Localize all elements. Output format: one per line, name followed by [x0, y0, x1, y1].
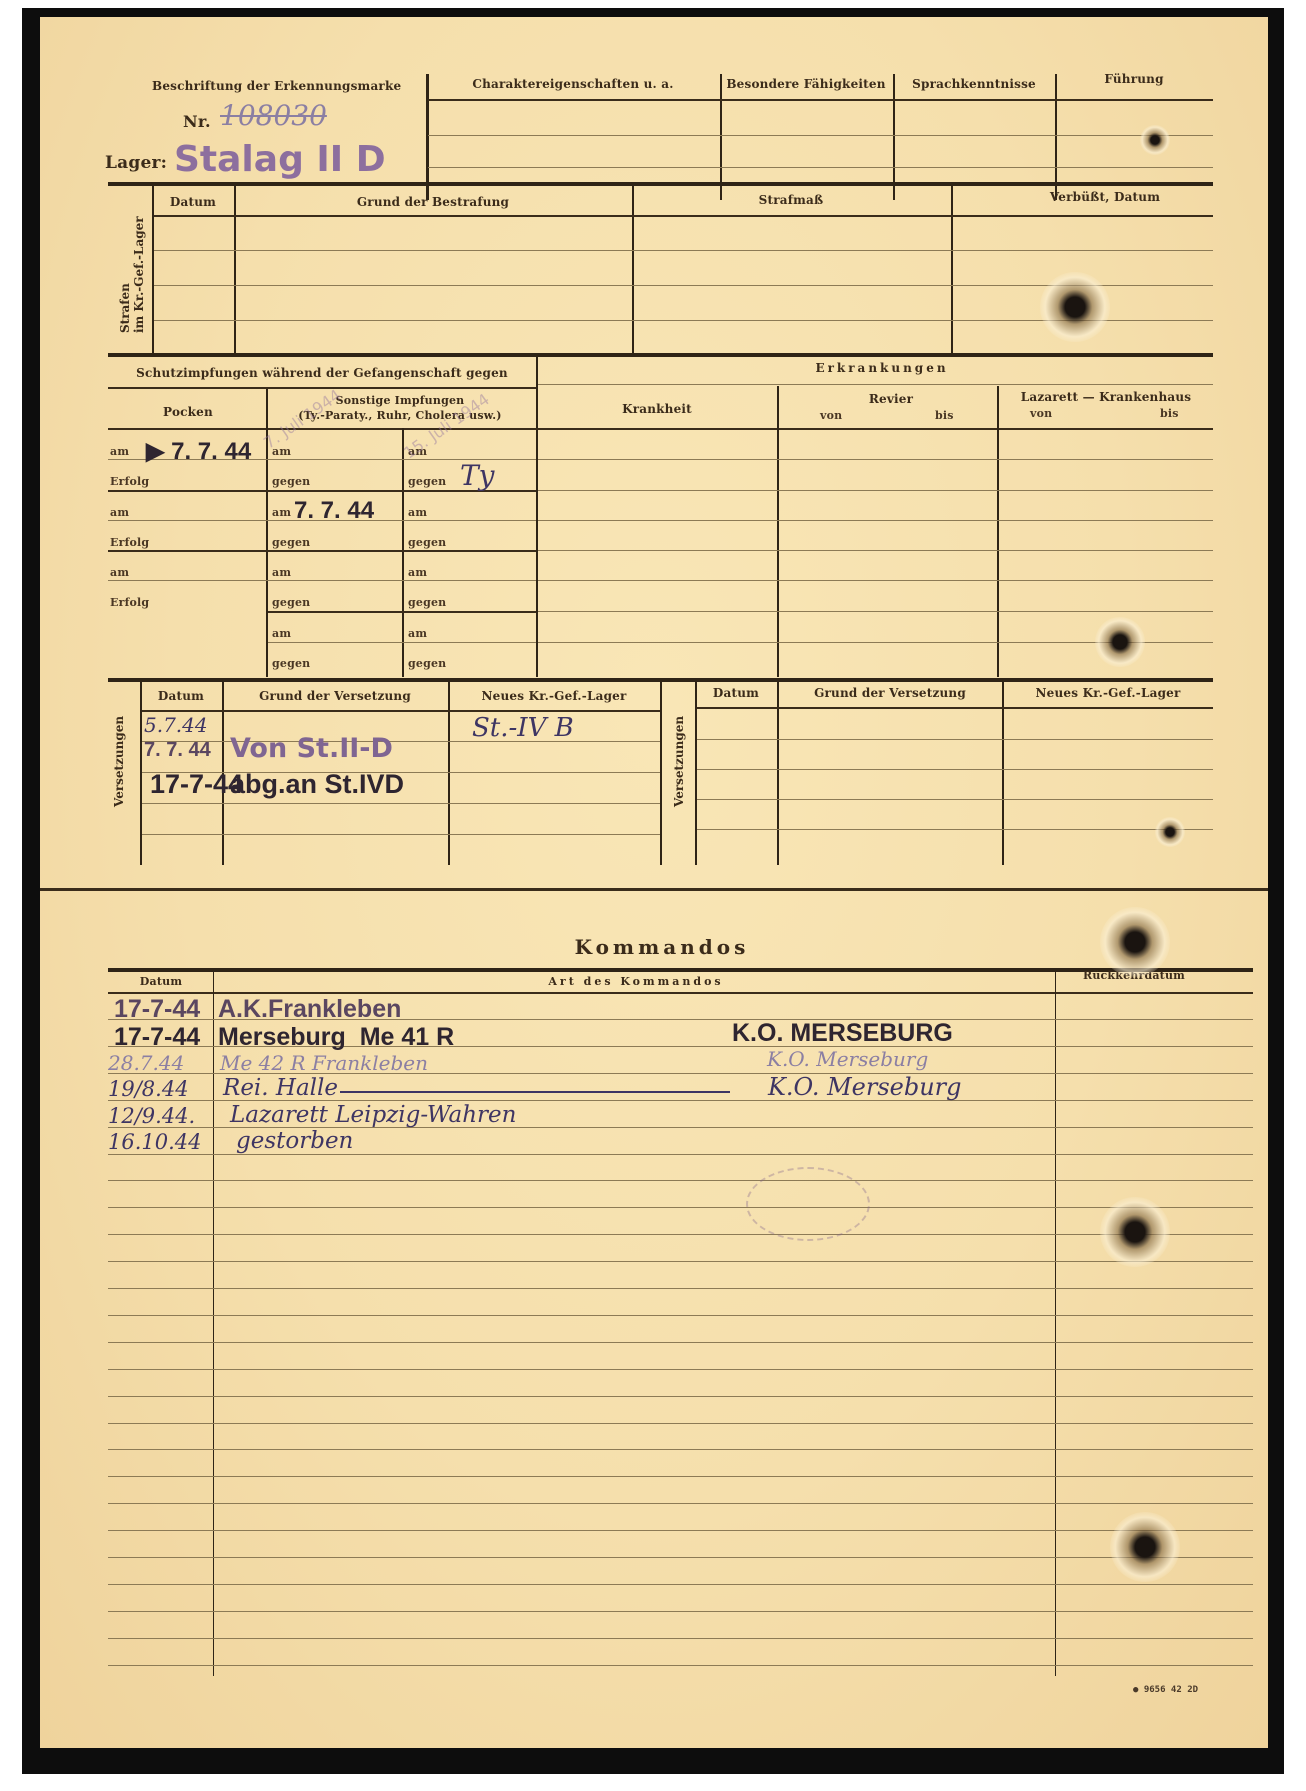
komm-date-1: 17-7-44 [114, 995, 200, 1024]
revier-von: von [820, 409, 842, 422]
rule [538, 520, 1213, 521]
lager-label: Lager: [105, 153, 167, 173]
lazarett-bis: bis [1160, 407, 1179, 420]
sonst-am-4b: am [408, 627, 427, 640]
sonst-am-2b: am [408, 506, 427, 519]
vers2-col-datum: Datum [713, 686, 759, 700]
komm-col-datum: Datum [140, 975, 182, 988]
fold-line [40, 888, 1268, 891]
vers-reason-3: abg.an St.IVD [230, 769, 404, 800]
vers-date-2: 7. 7. 44 [144, 739, 211, 762]
section-rule [108, 353, 1213, 357]
kommandos-title: Kommandos [575, 935, 750, 959]
rule [108, 1315, 1253, 1316]
komm-art-6: gestorben [236, 1128, 353, 1154]
komm-extra-3: K.O. Merseburg [767, 1047, 928, 1071]
strafen-col-verbuesst: Verbüßt, Datum [1050, 190, 1160, 204]
rule [268, 642, 536, 643]
nr-label: Nr. [183, 112, 211, 131]
rule [538, 459, 1213, 460]
vers2-col-grund: Grund der Versetzung [814, 686, 966, 700]
komm-date-4: 19/8.44 [108, 1077, 189, 1101]
col-sprache: Sprachkenntnisse [912, 77, 1036, 91]
divider [777, 386, 779, 677]
pocken-erfolg-3: Erfolg [110, 596, 149, 609]
rule [142, 710, 660, 712]
komm-art-3: Me 42 R Frankleben [220, 1051, 428, 1075]
sonst-am-2: am [272, 506, 291, 519]
rule [538, 490, 1213, 491]
komm-date-2: 17-7-44 [114, 1023, 200, 1052]
sonst-am-4: am [272, 627, 291, 640]
sonstige-label-1: Sonstige Impfungen [336, 394, 465, 407]
versetzungen-right-label: Versetzungen [672, 716, 686, 807]
pocken-label: Pocken [163, 405, 213, 419]
divider [951, 185, 953, 353]
divider [1055, 971, 1056, 1676]
pocken-date-stamp: ▶ 7. 7. 44 [146, 437, 251, 466]
pocken-am-1: am [110, 445, 129, 458]
rule [538, 384, 1213, 385]
lazarett-label: Lazarett — Krankenhaus [1021, 390, 1192, 404]
sonst-gegen-3b: gegen [408, 596, 446, 609]
rule [108, 1288, 1253, 1289]
punch-hole [1100, 1197, 1170, 1267]
sonst-gegen-4b: gegen [408, 657, 446, 670]
rule [108, 1423, 1253, 1424]
rule [108, 1396, 1253, 1397]
sonst-gegen-4: gegen [272, 657, 310, 670]
rule [428, 135, 1213, 136]
punch-hole [1110, 1512, 1180, 1582]
sonst-am-3: am [272, 566, 291, 579]
rule [108, 387, 536, 389]
divider [152, 185, 154, 353]
col-faehigkeiten: Besondere Fähigkeiten [726, 77, 885, 91]
pow-record-card: Beschriftung der Erkennungsmarke Nr. 108… [40, 17, 1268, 1748]
komm-col-art: Art des Kommandos [548, 975, 723, 988]
komm-art-2: Merseburg Me 41 R [218, 1023, 454, 1052]
divider [536, 357, 538, 677]
lager-stamp: Stalag II D [174, 139, 386, 180]
rule [108, 1557, 1253, 1558]
pocken-erfolg-1: Erfolg [110, 475, 149, 488]
rule [428, 99, 1213, 101]
rule [697, 769, 1213, 770]
rule [428, 167, 1213, 168]
sonstige-date-stamp: 7. 7. 44 [294, 497, 374, 525]
col-charakter: Charaktereigenschaften u. a. [472, 77, 673, 91]
gegen-handwritten: Ty [460, 459, 495, 492]
komm-date-3: 28.7.44 [108, 1051, 184, 1075]
strafen-label-2: im Kr.-Gef.-Lager [132, 216, 146, 333]
vers-date-1: 5.7.44 [144, 713, 208, 737]
impfungen-title: Schutzimpfungen während der Gefangenscha… [136, 366, 508, 380]
strafen-col-datum: Datum [170, 195, 216, 209]
faint-round-stamp [746, 1167, 870, 1241]
komm-art-1: A.K.Frankleben [218, 995, 401, 1024]
rule [142, 741, 660, 742]
strafen-col-grund: Grund der Bestrafung [357, 195, 509, 209]
sonst-am-3b: am [408, 566, 427, 579]
komm-art-5: Lazarett Leipzig-Wahren [230, 1102, 516, 1128]
rule [697, 799, 1213, 800]
revier-label: Revier [869, 392, 913, 406]
section-rule [108, 968, 1253, 972]
komm-extra-2: K.O. MERSEBURG [732, 1019, 953, 1048]
rule [142, 803, 660, 804]
punch-hole [1100, 907, 1170, 977]
strafen-label-1: Strafen [118, 283, 132, 333]
divider [660, 680, 662, 865]
punch-hole [1040, 272, 1110, 342]
nr-value: 108030 [220, 99, 327, 132]
divider [997, 386, 999, 677]
rule [538, 611, 1213, 612]
struck-out-text [340, 1091, 730, 1093]
pocken-am-2: am [110, 506, 129, 519]
rule [154, 215, 1213, 217]
lazarett-von: von [1030, 407, 1052, 420]
rule [697, 707, 1213, 709]
tag-label: Beschriftung der Erkennungsmarke [152, 79, 401, 93]
komm-date-5: 12/9.44. [108, 1104, 195, 1128]
komm-date-6: 16.10.44 [108, 1130, 202, 1154]
rule [108, 550, 536, 552]
rule [108, 1207, 1253, 1208]
vers-col-datum: Datum [158, 689, 204, 703]
rule [154, 250, 1213, 251]
rule [108, 1234, 1253, 1235]
versetzungen-left-label: Versetzungen [112, 716, 126, 807]
rule [108, 992, 1253, 994]
rule [697, 829, 1213, 830]
rule [108, 580, 536, 581]
rule [108, 1665, 1253, 1666]
komm-art-4: Rei. Halle [223, 1075, 338, 1101]
divider [234, 185, 236, 353]
punch-hole [1155, 817, 1185, 847]
krankheit-label: Krankheit [622, 402, 692, 416]
rule [108, 1342, 1253, 1343]
pocken-erfolg-2: Erfolg [110, 536, 149, 549]
punch-hole [1095, 617, 1145, 667]
pocken-am-3: am [110, 566, 129, 579]
rule [108, 1503, 1253, 1504]
komm-extra-4: K.O. Merseburg [768, 1073, 962, 1101]
sonst-gegen-1b: gegen [408, 475, 446, 488]
sonst-gegen-1: gegen [272, 475, 310, 488]
rule [108, 1530, 1253, 1531]
print-code: ● 9656 42 2D [1133, 1685, 1198, 1695]
divider [213, 971, 214, 1676]
sonst-gegen-2: gegen [272, 536, 310, 549]
pocken-date: 7. 7. 44 [171, 438, 251, 465]
rule [108, 1154, 1253, 1155]
sonst-gegen-3: gegen [272, 596, 310, 609]
rule [538, 550, 1213, 551]
punch-hole [1140, 125, 1170, 155]
rule [268, 611, 536, 613]
vers-lager-1: St.-IV B [472, 713, 574, 743]
rule [108, 1369, 1253, 1370]
strafen-side-label: Strafen im Kr.-Gef.-Lager [118, 216, 146, 333]
rule [108, 1476, 1253, 1477]
vers-reason-2: Von St.II-D [230, 733, 393, 764]
vers-col-grund: Grund der Versetzung [259, 689, 411, 703]
sonst-gegen-2b: gegen [408, 536, 446, 549]
divider [402, 428, 404, 677]
rule [108, 1261, 1253, 1262]
print-code-text: 9656 42 2D [1144, 1685, 1198, 1695]
vers-col-lager: Neues Kr.-Gef.-Lager [481, 689, 626, 703]
rule [108, 1638, 1253, 1639]
vers2-col-lager: Neues Kr.-Gef.-Lager [1035, 686, 1180, 700]
divider [632, 185, 634, 353]
revier-bis: bis [935, 409, 954, 422]
section-rule [108, 182, 1213, 186]
rule [108, 1611, 1253, 1612]
rule [108, 1180, 1253, 1181]
strafen-col-strafmass: Strafmaß [759, 193, 824, 207]
erkrankungen-title: Erkrankungen [815, 361, 948, 375]
rule [142, 834, 660, 835]
rule [538, 580, 1213, 581]
col-fuehrung: Führung [1104, 72, 1163, 86]
rule [108, 1584, 1253, 1585]
rule [697, 739, 1213, 740]
rule [108, 1449, 1253, 1450]
